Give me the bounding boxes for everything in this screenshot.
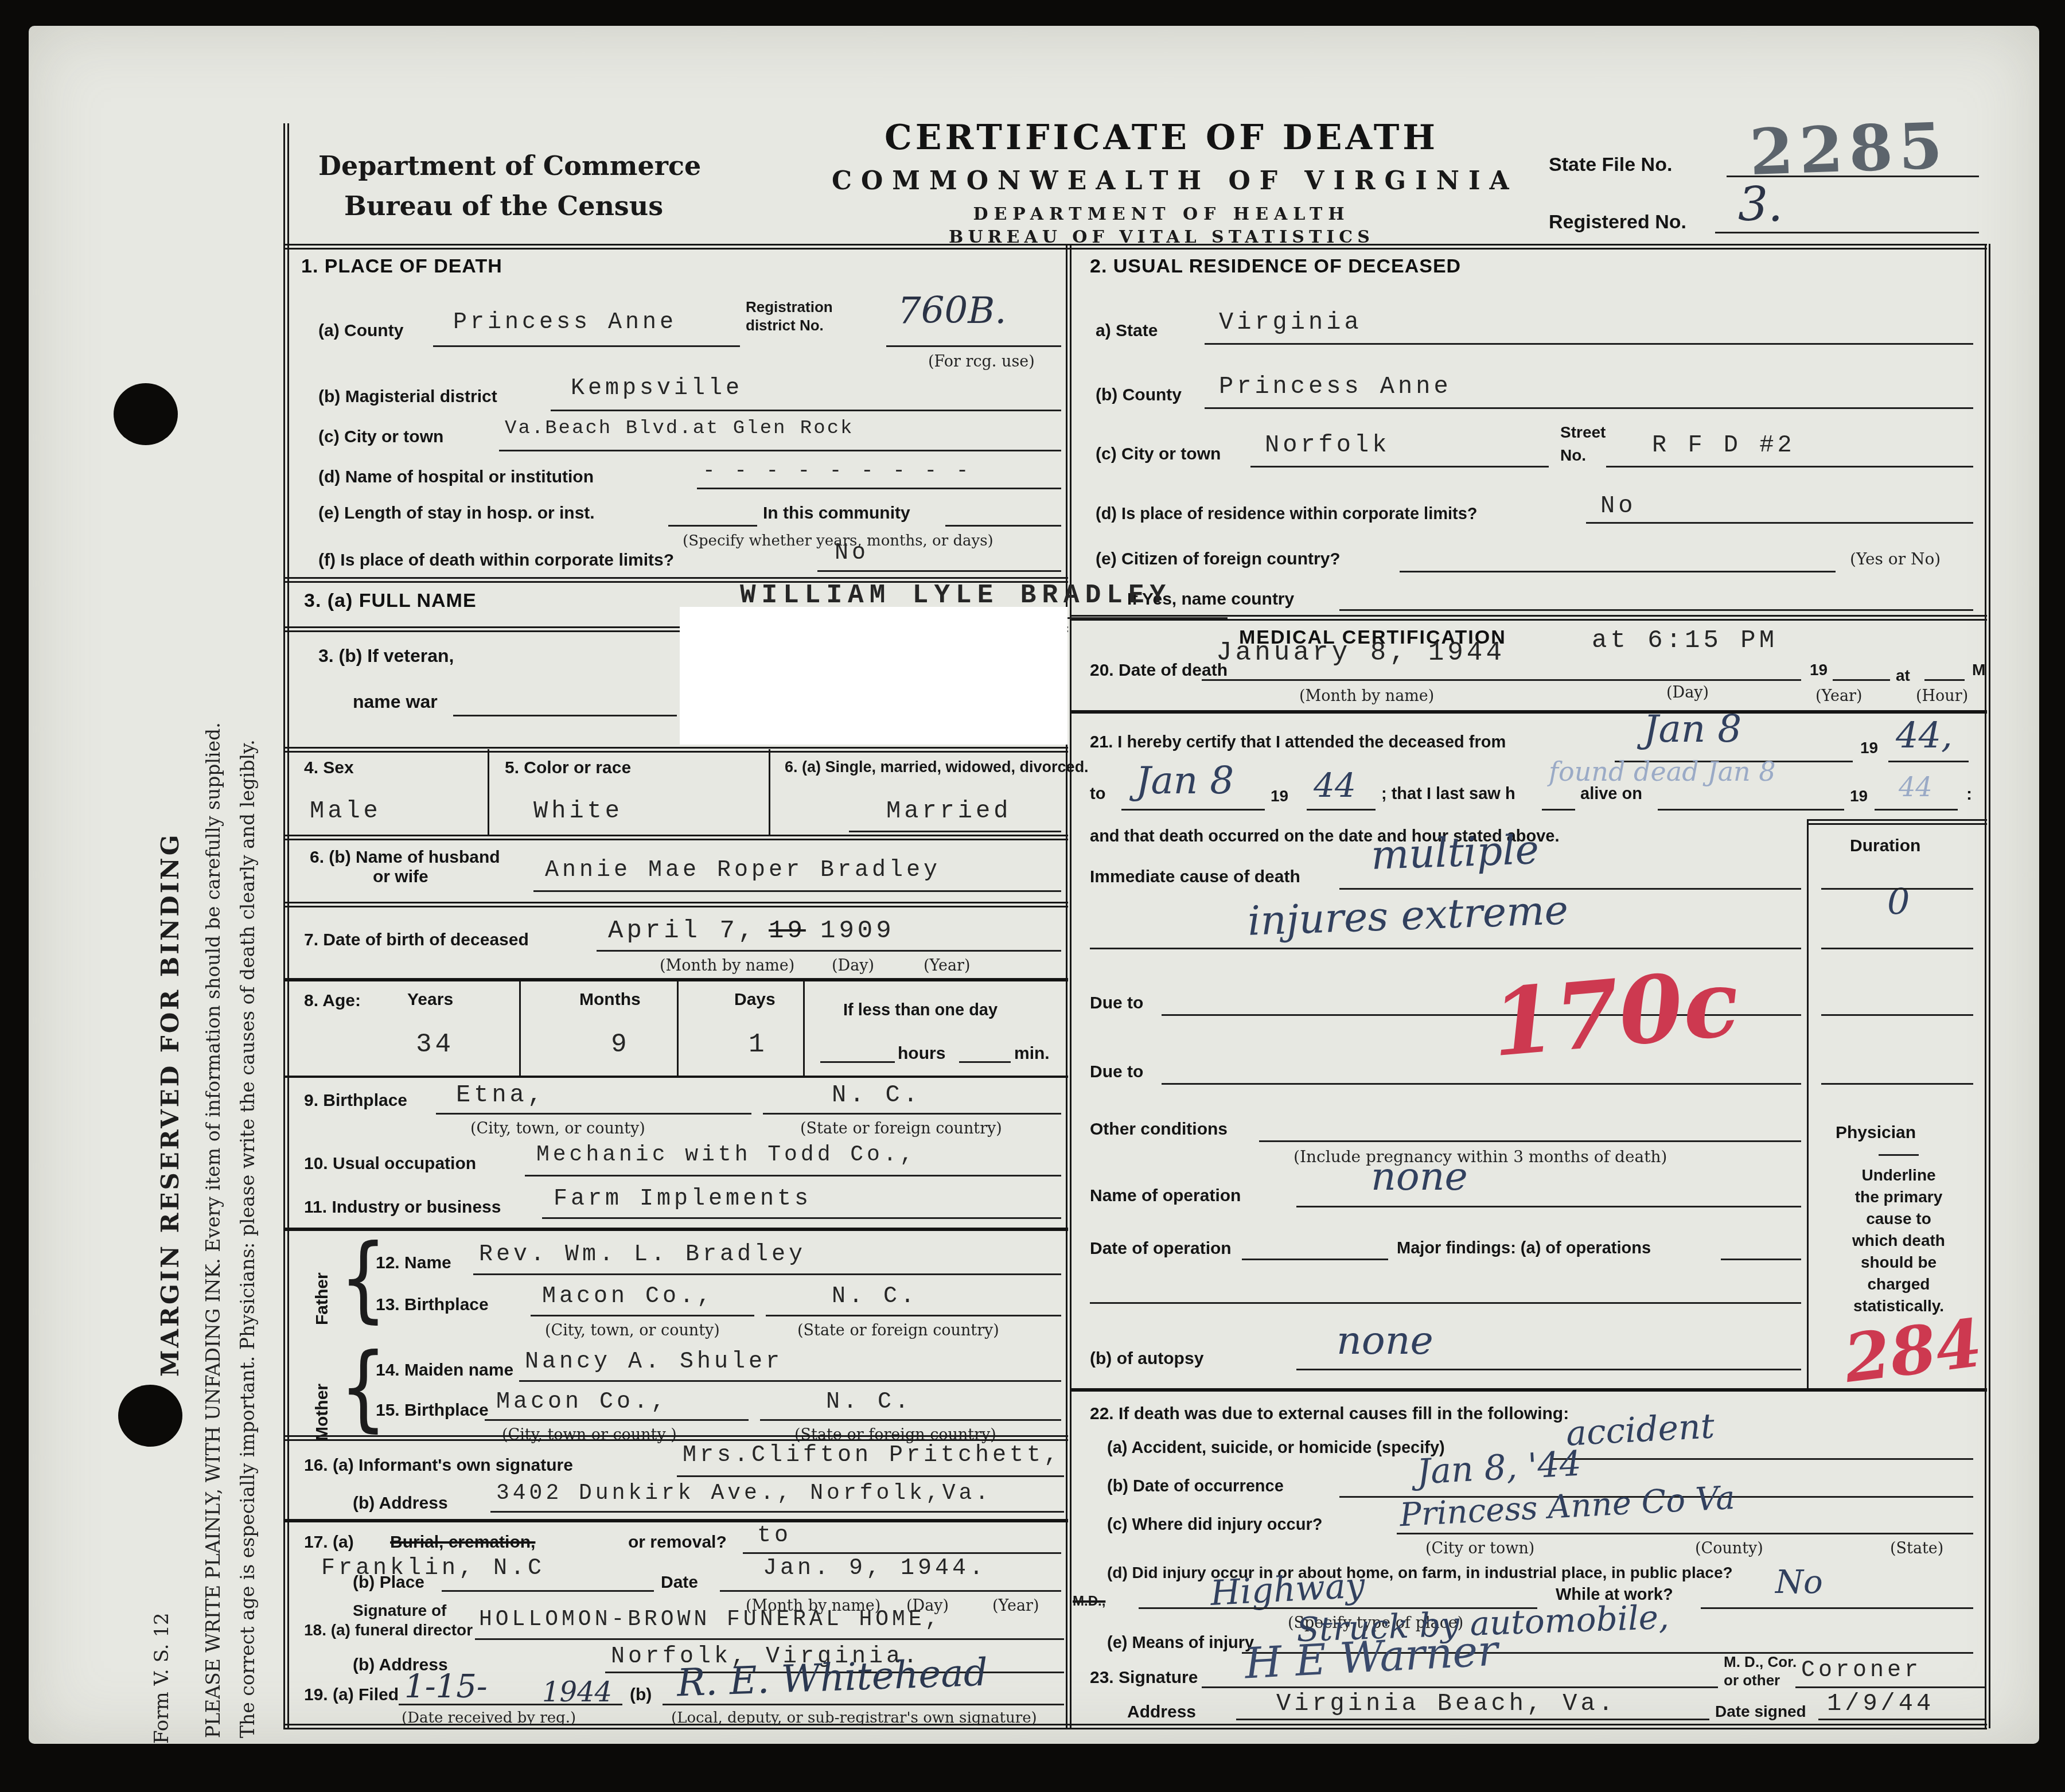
physician-label: Physician bbox=[1836, 1123, 1916, 1143]
other-conditions-label: Other conditions bbox=[1090, 1120, 1228, 1139]
red-code-170c: 170c bbox=[1487, 949, 1743, 1078]
reg-use-sublabel: (For rcg. use) bbox=[928, 353, 1035, 371]
printed-m: M bbox=[1972, 661, 1985, 679]
external-title: 22. If death was due to external causes … bbox=[1090, 1404, 1569, 1424]
while-at-work-hw: No bbox=[1775, 1564, 1823, 1601]
rule bbox=[551, 410, 1061, 411]
certifier-sig-label: 23. Signature bbox=[1090, 1668, 1198, 1688]
death-time-value: at 6:15 PM bbox=[1592, 626, 1778, 655]
industry-value: Farm Implements bbox=[554, 1186, 812, 1212]
printed-19: 19 bbox=[1810, 661, 1828, 679]
fullname-value: WILLIAM LYLE BRADLEY bbox=[740, 581, 1171, 610]
rule bbox=[475, 1638, 1064, 1640]
major-findings-label: Major findings: (a) of operations bbox=[1397, 1239, 1651, 1258]
filed-label: 19. (a) Filed bbox=[304, 1685, 399, 1705]
rule bbox=[1339, 888, 1801, 890]
injury-place-question: (d) Did injury occur in or about home, o… bbox=[1107, 1564, 1733, 1582]
rule bbox=[1236, 1719, 1709, 1720]
min-label: min. bbox=[1014, 1044, 1050, 1063]
printed-19c: 19 bbox=[1850, 787, 1868, 805]
father-side-label: Father bbox=[313, 1245, 332, 1325]
pod-community-label: In this community bbox=[763, 504, 910, 523]
scanned-death-certificate: Form V. S. 12 MARGIN RESERVED FOR BINDIN… bbox=[0, 0, 2065, 1792]
injury-sub-county: (County) bbox=[1695, 1540, 1763, 1557]
registered-label: Registered No. bbox=[1549, 211, 1686, 233]
rule bbox=[1162, 1083, 1801, 1085]
res-county-value: Princess Anne bbox=[1219, 373, 1452, 400]
industry-label: 11. Industry or business bbox=[304, 1198, 501, 1217]
rule bbox=[1090, 948, 1801, 949]
border-right bbox=[1985, 244, 1990, 1728]
mother-bp-state: N. C. bbox=[826, 1389, 912, 1415]
cause-hw-line1: multiple bbox=[1370, 826, 1540, 879]
death-sub-year: (Year) bbox=[1815, 687, 1863, 705]
alive-on-faint-hw: found dead Jan 8 bbox=[1549, 756, 1776, 787]
cell-divider bbox=[519, 981, 521, 1076]
father-brace: { bbox=[340, 1224, 387, 1333]
father-bp-state: N. C. bbox=[832, 1284, 918, 1310]
res-city-value: Norfolk bbox=[1265, 431, 1390, 459]
rule bbox=[533, 890, 1061, 892]
age-days-value: 1 bbox=[749, 1030, 768, 1059]
commonwealth-subtitle: COMMONWEALTH OF VIRGINIA bbox=[832, 166, 1491, 196]
rule bbox=[720, 1590, 1061, 1592]
mother-maiden-value: Nancy A. Shuler bbox=[525, 1349, 783, 1375]
rule bbox=[1552, 1458, 1973, 1460]
rule bbox=[1821, 948, 1973, 949]
marital-label: 6. (a) Single, married, widowed, divorce… bbox=[785, 758, 1089, 776]
injury-where-label: (c) Where did injury occur? bbox=[1107, 1516, 1322, 1534]
rule bbox=[1339, 609, 1973, 611]
rule bbox=[1071, 710, 1987, 714]
rule bbox=[283, 978, 1068, 981]
rule bbox=[499, 450, 1061, 451]
pod-limits-value: No bbox=[835, 540, 869, 566]
rule bbox=[1721, 1259, 1801, 1260]
rule bbox=[1879, 1154, 1919, 1156]
margin-note-2: The correct age is especially important.… bbox=[236, 86, 259, 1738]
rule bbox=[1821, 1083, 1973, 1085]
alive-on-label: alive on bbox=[1580, 785, 1642, 804]
mdcor-label1: M. D., Cor. bbox=[1724, 1653, 1797, 1671]
pod-county-value: Princess Anne bbox=[453, 310, 677, 336]
rule bbox=[1875, 809, 1958, 811]
pod-district-label: (b) Magisterial district bbox=[318, 387, 497, 407]
rule bbox=[677, 1475, 1064, 1477]
street-label: Street bbox=[1560, 423, 1606, 442]
mother-maiden-label: 14. Maiden name bbox=[376, 1361, 513, 1380]
removal-sub-year: (Year) bbox=[992, 1597, 1039, 1615]
rule bbox=[490, 1511, 1064, 1513]
removal-struck-label: Burial, cremation, bbox=[390, 1533, 535, 1552]
rule bbox=[597, 950, 1061, 952]
removal-to-value: to bbox=[757, 1523, 792, 1549]
rule bbox=[1296, 1206, 1801, 1207]
operation-date-label: Date of operation bbox=[1090, 1239, 1232, 1259]
last-saw-label: ; that I last saw h bbox=[1381, 785, 1515, 804]
attended-from-hw: Jan 8 bbox=[1643, 707, 1741, 751]
due-to-1-label: Due to bbox=[1090, 994, 1143, 1013]
margin-note-1: PLEASE WRITE PLAINLY, WITH UNFADING INK.… bbox=[202, 86, 224, 1738]
dob-label: 7. Date of birth of deceased bbox=[304, 930, 529, 950]
rule bbox=[1071, 615, 1987, 621]
state-file-label: State File No. bbox=[1549, 154, 1672, 176]
removal-date-label: Date bbox=[661, 1573, 698, 1592]
res-county-label: (b) County bbox=[1096, 385, 1182, 405]
rule bbox=[1205, 407, 1973, 409]
pod-hospital-label: (d) Name of hospital or institution bbox=[318, 468, 594, 487]
printed-at: at bbox=[1896, 667, 1910, 685]
funeral-sig-label2: 18. (a) funeral director bbox=[304, 1621, 473, 1639]
rule bbox=[1307, 809, 1376, 811]
removal-date-value: Jan. 9, 1944. bbox=[763, 1556, 987, 1581]
registration-district-label2: district No. bbox=[746, 317, 824, 334]
injury-sub-state: (State) bbox=[1890, 1540, 1943, 1557]
registrar-sublabel: (Local, deputy, or sub-registrar's own s… bbox=[671, 1709, 1037, 1727]
rule bbox=[1205, 343, 1973, 345]
rule bbox=[442, 1590, 654, 1592]
rule bbox=[697, 488, 1061, 489]
age-months-label: Months bbox=[579, 990, 641, 1010]
rule bbox=[1242, 1259, 1388, 1260]
immediate-cause-label: Immediate cause of death bbox=[1090, 867, 1300, 887]
rule bbox=[433, 345, 740, 347]
registered-value: 3. bbox=[1738, 178, 1783, 232]
occupation-label: 10. Usual occupation bbox=[304, 1154, 476, 1174]
rule bbox=[1250, 466, 1549, 468]
res-limits-value: No bbox=[1600, 492, 1636, 520]
pregnancy-sublabel: (Include pregnancy within 3 months of de… bbox=[1293, 1147, 1667, 1166]
pod-city-value: Va.Beach Blvd.at Glen Rock bbox=[505, 418, 854, 439]
res-state-value: Virginia bbox=[1219, 309, 1362, 336]
dob-sub-year: (Year) bbox=[924, 957, 971, 975]
punch-hole-bottom bbox=[118, 1385, 182, 1447]
rule bbox=[1606, 466, 1973, 468]
birthplace-city-value: Etna, bbox=[456, 1081, 546, 1109]
father-name-value: Rev. Wm. L. Bradley bbox=[479, 1242, 806, 1268]
redaction-box bbox=[680, 607, 1067, 745]
rule bbox=[453, 715, 677, 716]
street-no-label: No. bbox=[1560, 446, 1586, 465]
section2-title: 2. USUAL RESIDENCE OF DECEASED bbox=[1090, 255, 1461, 278]
rule bbox=[945, 525, 1061, 527]
pod-city-label: (c) City or town bbox=[318, 427, 443, 447]
accident-hw: accident bbox=[1565, 1406, 1715, 1454]
rule bbox=[1818, 1719, 1985, 1720]
faint-year-hw: 44 bbox=[1899, 772, 1932, 802]
rule bbox=[886, 345, 1061, 347]
rule bbox=[283, 902, 1068, 907]
rule bbox=[1400, 571, 1836, 572]
dept-of-health: DEPARTMENT OF HEALTH bbox=[832, 204, 1491, 224]
column-divider bbox=[1066, 244, 1072, 1728]
rule bbox=[525, 1175, 1061, 1177]
father-bp-city: Macon Co., bbox=[542, 1284, 714, 1310]
struck-md-label: M.D., bbox=[1073, 1594, 1105, 1610]
citizen-label: (e) Citizen of foreign country? bbox=[1096, 550, 1341, 569]
attended-from-year-hw: 44, bbox=[1896, 714, 1953, 756]
age-label: 8. Age: bbox=[304, 991, 361, 1011]
spouse-value: Annie Mae Roper Bradley bbox=[545, 858, 941, 883]
rule bbox=[1202, 679, 1801, 681]
rule bbox=[820, 1061, 895, 1063]
res-limits-label: (d) Is place of residence within corpora… bbox=[1096, 505, 1478, 524]
occurrence-date-hw: Jan 8, '44 bbox=[1416, 1444, 1582, 1493]
rule bbox=[542, 1217, 1061, 1219]
autopsy-label: (b) of autopsy bbox=[1090, 1349, 1203, 1369]
spouse-label: 6. (b) Name of husband bbox=[310, 848, 500, 867]
accident-label: (a) Accident, suicide, or homicide (spec… bbox=[1107, 1439, 1445, 1458]
removal-place-label: (b) Place bbox=[353, 1573, 424, 1592]
dob-struck-19: 19 bbox=[769, 917, 806, 945]
means-of-injury-label: (e) Means of injury bbox=[1107, 1634, 1254, 1653]
street-value: R F D #2 bbox=[1652, 431, 1795, 459]
race-value: White bbox=[533, 797, 623, 825]
pod-county-label: (a) County bbox=[318, 321, 403, 341]
cell-divider bbox=[677, 981, 679, 1076]
occupation-value: Mechanic with Todd Co., bbox=[536, 1143, 917, 1167]
certificate-paper bbox=[29, 26, 2039, 1744]
rule bbox=[1586, 522, 1973, 524]
pod-district-value: Kempsville bbox=[571, 376, 743, 402]
res-city-label: (c) City or town bbox=[1096, 445, 1221, 464]
rule bbox=[849, 831, 1061, 832]
rule bbox=[283, 747, 1068, 753]
certificate-title: CERTIFICATE OF DEATH bbox=[832, 118, 1491, 158]
rule bbox=[519, 1380, 1061, 1382]
funeral-sig-value: HOLLOMON-BROWN FUNERAL HOME, bbox=[479, 1607, 942, 1632]
printed-19a: 19 bbox=[1860, 739, 1878, 757]
certifier-addr-label: Address bbox=[1127, 1703, 1196, 1722]
cell-divider bbox=[769, 749, 770, 835]
hours-label: hours bbox=[898, 1044, 945, 1063]
registration-district-value: 760B. bbox=[898, 290, 1007, 332]
funeral-sig-label1: Signature of bbox=[353, 1602, 446, 1620]
sex-label: 4. Sex bbox=[304, 758, 354, 778]
rule bbox=[399, 1704, 622, 1705]
rule bbox=[1924, 679, 1965, 681]
registration-district-label: Registration bbox=[746, 298, 833, 316]
mother-brace: { bbox=[340, 1333, 387, 1442]
father-name-label: 12. Name bbox=[376, 1253, 451, 1273]
birthplace-label: 9. Birthplace bbox=[304, 1091, 407, 1111]
birthplace-state-value: N. C. bbox=[832, 1081, 921, 1109]
rule bbox=[1821, 888, 1973, 890]
attended-to-hw: Jan 8 bbox=[1136, 758, 1234, 802]
date-signed-value: 1/9/44 bbox=[1827, 1690, 1934, 1717]
filed-sublabel: (Date received by reg.) bbox=[402, 1709, 576, 1727]
death-sub-month: (Month by name) bbox=[1299, 687, 1434, 705]
rule bbox=[766, 1315, 1061, 1316]
certify-from-label: 21. I hereby certify that I attended the… bbox=[1090, 733, 1506, 752]
rule bbox=[1795, 1686, 1985, 1688]
pod-hospital-value: - - - - - - - - - bbox=[703, 459, 972, 482]
rule bbox=[1715, 232, 1979, 233]
rule bbox=[283, 1228, 1068, 1231]
date-signed-label: Date signed bbox=[1715, 1703, 1806, 1721]
pod-limits-label: (f) Is place of death within corporate l… bbox=[318, 551, 674, 570]
mother-side-label: Mother bbox=[313, 1355, 332, 1441]
duration-box-top bbox=[1807, 819, 1987, 825]
filed-date-hw: 1-15- bbox=[404, 1668, 488, 1705]
rule bbox=[1202, 1686, 1718, 1688]
father-bp-label: 13. Birthplace bbox=[376, 1295, 489, 1315]
rule bbox=[959, 1061, 1011, 1063]
age-months-value: 9 bbox=[611, 1030, 630, 1059]
margin-form-number: Form V. S. 12 bbox=[150, 1543, 173, 1744]
coroner-value: Coroner bbox=[1801, 1658, 1922, 1684]
place-type-hw: Highway bbox=[1209, 1565, 1366, 1614]
attended-to-year-hw: 44 bbox=[1314, 766, 1356, 805]
bureau-vital-statistics: BUREAU OF VITAL STATISTICS bbox=[832, 227, 1491, 247]
informant-label: 16. (a) Informant's own signature bbox=[304, 1456, 573, 1475]
res-state-label: a) State bbox=[1096, 321, 1158, 341]
age-days-label: Days bbox=[734, 990, 776, 1010]
death-sub-day: (Day) bbox=[1666, 684, 1709, 702]
sex-value: Male bbox=[310, 797, 381, 825]
veteran-namewar-label: name war bbox=[353, 691, 438, 712]
removal-rest-label: or removal? bbox=[628, 1533, 727, 1552]
agency-line-2: Bureau of the Census bbox=[344, 190, 663, 221]
autopsy-hw: none bbox=[1337, 1318, 1433, 1364]
rule bbox=[1296, 1369, 1801, 1370]
death-sub-hour: (Hour) bbox=[1916, 687, 1968, 705]
informant-address-label: (b) Address bbox=[353, 1494, 448, 1513]
age-years-label: Years bbox=[407, 990, 453, 1010]
rule bbox=[1821, 1014, 1973, 1016]
father-sub-city: (City, town, or county) bbox=[545, 1322, 720, 1339]
duration-label: Duration bbox=[1850, 836, 1920, 856]
agency-line-1: Department of Commerce bbox=[318, 150, 701, 181]
rule bbox=[668, 525, 757, 527]
rule bbox=[1542, 809, 1575, 811]
rule bbox=[760, 1419, 1061, 1421]
death-date-value: January 8, 1944 bbox=[1216, 638, 1505, 668]
section1-title: 1. PLACE OF DEATH bbox=[301, 255, 502, 278]
rule bbox=[283, 1519, 1068, 1522]
rule bbox=[743, 1552, 1061, 1554]
operation-label: Name of operation bbox=[1090, 1186, 1241, 1206]
occurrence-date-label: (b) Date of occurrence bbox=[1107, 1477, 1284, 1496]
rule bbox=[1701, 1607, 1973, 1609]
certify-to-label: to bbox=[1090, 785, 1105, 804]
birthplace-sub-state: (State or foreign country) bbox=[800, 1120, 1002, 1137]
informant-address-value: 3402 Dunkirk Ave., Norfolk,Va. bbox=[496, 1481, 992, 1506]
pod-stay-label: (e) Length of stay in hosp. or inst. bbox=[318, 504, 595, 523]
rule bbox=[1090, 1302, 1801, 1304]
mdcor-label2: or other bbox=[1724, 1672, 1780, 1689]
rule bbox=[1727, 176, 1979, 177]
dob-year-value: 1909 bbox=[820, 917, 895, 945]
rule bbox=[283, 835, 1068, 840]
fullname-label: 3. (a) FULL NAME bbox=[304, 590, 477, 612]
duration-hw: 0 bbox=[1887, 881, 1910, 922]
mother-bp-label: 15. Birthplace bbox=[376, 1401, 489, 1420]
border-left bbox=[283, 123, 289, 1728]
mother-bp-city: Macon Co., bbox=[496, 1389, 668, 1415]
yes-or-no-sublabel: (Yes or No) bbox=[1850, 550, 1941, 568]
marital-value: Married bbox=[886, 797, 1011, 825]
rule bbox=[1658, 809, 1844, 811]
rule bbox=[1833, 679, 1890, 681]
rule bbox=[817, 570, 1061, 572]
rule bbox=[485, 1419, 749, 1421]
dob-sub-day: (Day) bbox=[832, 957, 874, 975]
dob-month-value: April 7, bbox=[608, 917, 757, 945]
race-label: 5. Color or race bbox=[505, 758, 631, 778]
operation-hw: none bbox=[1371, 1154, 1468, 1199]
rule bbox=[283, 1076, 1068, 1078]
spouse-label2: or wife bbox=[373, 867, 428, 887]
birthplace-sub-city: (City, town, or county) bbox=[470, 1120, 645, 1137]
rule bbox=[1121, 809, 1265, 811]
rule bbox=[531, 1315, 754, 1316]
lessday-label: If less than one day bbox=[843, 1001, 998, 1020]
cell-divider bbox=[488, 749, 489, 835]
dob-sub-month: (Month by name) bbox=[660, 957, 794, 975]
informant-value: Mrs.Clifton Pritchett, bbox=[683, 1443, 1061, 1468]
certifier-addr-value: Virginia Beach, Va. bbox=[1276, 1690, 1616, 1717]
rule bbox=[1397, 1533, 1973, 1534]
printed-19b: 19 bbox=[1271, 787, 1288, 805]
colon-label: : bbox=[1966, 785, 1972, 804]
rule bbox=[1888, 761, 1969, 762]
cell-divider bbox=[803, 981, 805, 1076]
removal-num: 17. (a) bbox=[304, 1533, 354, 1552]
rule bbox=[763, 1113, 1061, 1115]
punch-hole-top bbox=[114, 383, 178, 445]
injury-sub-city: (City or town) bbox=[1425, 1540, 1534, 1557]
age-years-value: 34 bbox=[416, 1030, 454, 1059]
filed-b-label: (b) bbox=[630, 1685, 652, 1705]
father-sub-state: (State or foreign country) bbox=[797, 1322, 999, 1339]
physician-note: Underline the primary cause to which dea… bbox=[1815, 1164, 1982, 1317]
death-date-label: 20. Date of death bbox=[1090, 661, 1228, 680]
duration-box-left bbox=[1807, 819, 1809, 1388]
veteran-label: 3. (b) If veteran, bbox=[318, 645, 454, 667]
margin-binding-note: MARGIN RESERVED FOR BINDING bbox=[156, 620, 184, 1377]
rule bbox=[283, 1435, 1068, 1441]
rule bbox=[473, 1273, 1061, 1275]
rule bbox=[1259, 1140, 1801, 1142]
rule bbox=[436, 1113, 751, 1115]
rule bbox=[663, 1704, 1064, 1705]
due-to-2-label: Due to bbox=[1090, 1062, 1143, 1082]
